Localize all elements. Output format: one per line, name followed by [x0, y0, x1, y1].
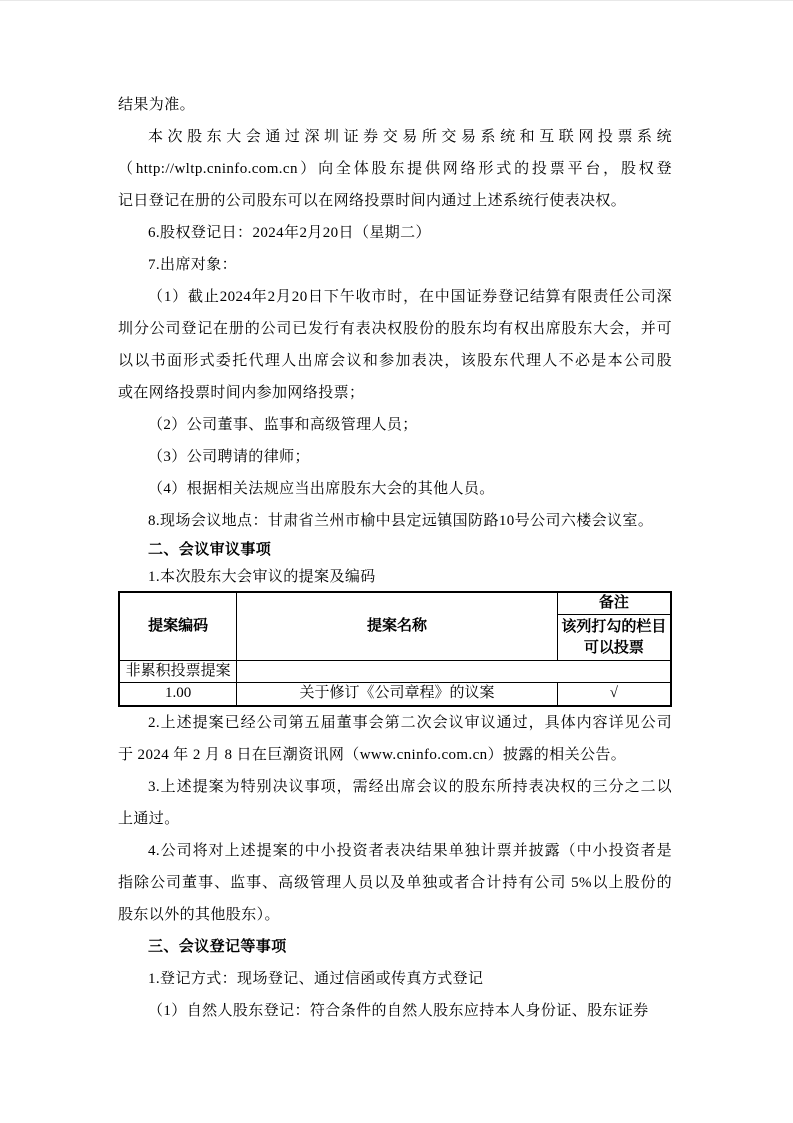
table-cell-vote-checkmark: √ — [557, 683, 671, 706]
body-text-line: 6.股权登记日：2024年2月20日（星期二） — [118, 217, 672, 249]
body-text-line: 记日登记在册的公司股东可以在网络投票时间内通过上述系统行使表决权。 — [118, 185, 672, 217]
body-text-line: 股东以外的其他股东）。 — [118, 899, 672, 931]
body-text-line: 1.本次股东大会审议的提案及编码 — [118, 564, 672, 591]
body-text-line: 结果为准。 — [118, 89, 672, 121]
body-text-line: 7.出席对象： — [118, 249, 672, 281]
proposals-table: 提案编码 提案名称 备注 该列打勾的栏目可以投票 非累积投票提案 1.00 关于… — [118, 591, 672, 707]
body-text-line: 圳分公司登记在册的公司已发行有表决权股份的股东均有权出席股东大会，并可 — [118, 313, 672, 345]
table-header-proposal-name: 提案名称 — [237, 592, 557, 661]
body-text-line: 2.上述提案已经公司第五届董事会第二次会议审议通过，具体内容详见公司 — [118, 707, 672, 739]
body-text-line: （1）截止2024年2月20日下午收市时，在中国证券登记结算有限责任公司深 — [118, 281, 672, 313]
body-text-line: 4.公司将对上述提案的中小投资者表决结果单独计票并披露（中小投资者是 — [118, 835, 672, 867]
body-text-line: 以以书面形式委托代理人出席会议和参加表决，该股东代理人不必是本公司股东， — [118, 345, 672, 377]
section-heading-review-matters: 二、会议审议事项 — [118, 537, 672, 564]
table-cell-proposal-name: 关于修订《公司章程》的议案 — [237, 683, 557, 706]
body-text-line: （http://wltp.cninfo.com.cn）向全体股东提供网络形式的投… — [118, 153, 672, 185]
body-text-line: 于 2024 年 2 月 8 日在巨潮资讯网（www.cninfo.com.cn… — [118, 739, 672, 771]
body-text-line: 1.登记方式：现场登记、通过信函或传真方式登记 — [118, 963, 672, 995]
document-body: 结果为准。 本次股东大会通过深圳证券交易所交易系统和互联网投票系统 （http:… — [118, 89, 672, 1027]
body-text-line: （2）公司董事、监事和高级管理人员； — [118, 409, 672, 441]
table-header-note-sub: 该列打勾的栏目可以投票 — [557, 615, 671, 661]
document-page: 结果为准。 本次股东大会通过深圳证券交易所交易系统和互联网投票系统 （http:… — [0, 0, 793, 1123]
section-heading-registration-matters: 三、会议登记等事项 — [118, 931, 672, 963]
body-text-line: （1）自然人股东登记：符合条件的自然人股东应持本人身份证、股东证券 — [118, 995, 672, 1027]
body-text-line: 8.现场会议地点：甘肃省兰州市榆中县定远镇国防路10号公司六楼会议室。 — [118, 505, 672, 537]
body-text-line: 上通过。 — [118, 803, 672, 835]
table-cell-proposal-code: 1.00 — [119, 683, 237, 706]
body-text-line: （3）公司聘请的律师； — [118, 441, 672, 473]
table-cell-category: 非累积投票提案 — [119, 661, 237, 683]
body-text-line: （4）根据相关法规应当出席股东大会的其他人员。 — [118, 473, 672, 505]
table-cell-category-merged — [237, 661, 671, 683]
table-header-note: 备注 — [557, 592, 671, 615]
body-text-line: 或在网络投票时间内参加网络投票； — [118, 377, 672, 409]
body-text-line: 指除公司董事、监事、高级管理人员以及单独或者合计持有公司 5%以上股份的 — [118, 867, 672, 899]
body-text-line: 3.上述提案为特别决议事项，需经出席会议的股东所持表决权的三分之二以 — [118, 771, 672, 803]
table-header-proposal-code: 提案编码 — [119, 592, 237, 661]
body-text-line: 本次股东大会通过深圳证券交易所交易系统和互联网投票系统 — [118, 121, 672, 153]
